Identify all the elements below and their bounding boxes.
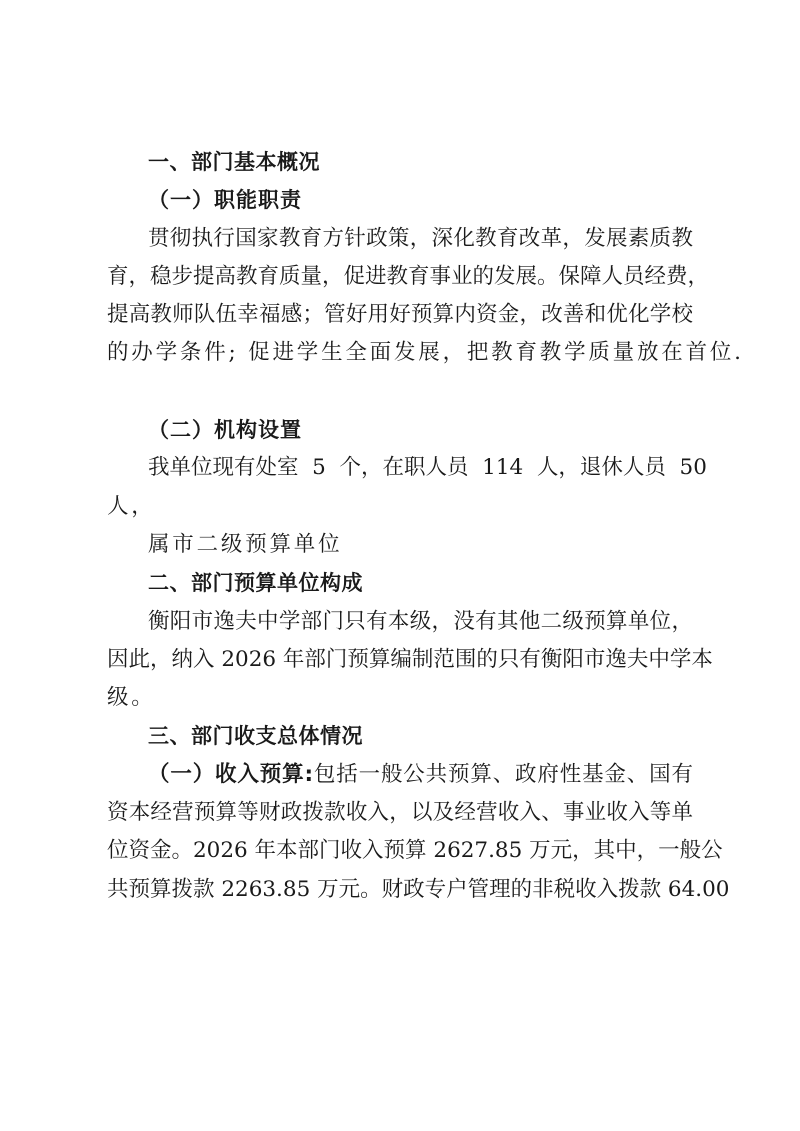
paragraph-line: 的办学条件; 促进学生全面发展，把教育教学质量放在首位.	[107, 334, 693, 372]
document-page: 一、部门基本概况 （一）职能职责 贯彻执行国家教育方针政策，深化教育改革，发展素…	[107, 143, 693, 909]
paragraph-line: 育，稳步提高教育质量，促进教育事业的发展。保障人员经费，	[107, 258, 693, 296]
paragraph-line: 因此，纳入 2026 年部门预算编制范围的只有衡阳市逸夫中学本	[107, 641, 693, 679]
section-heading-income-expenditure: 三、部门收支总体情况	[107, 717, 693, 755]
subsection-heading-organization: （二）机构设置	[107, 411, 693, 449]
paragraph-line: 属市二级预算单位	[107, 526, 693, 564]
income-budget-label: （一）收入预算:	[148, 762, 313, 787]
section-heading-basic-overview: 一、部门基本概况	[107, 143, 693, 181]
paragraph-line: 共预算拨款 2263.85 万元。财政专户管理的非税收入拨款 64.00	[107, 871, 693, 909]
paragraph-line-income: （一）收入预算:包括一般公共预算、政府性基金、国有	[107, 756, 693, 794]
section-heading-budget-units: 二、部门预算单位构成	[107, 564, 693, 602]
paragraph-line: 级。	[107, 679, 693, 717]
paragraph-line: 衡阳市逸夫中学部门只有本级，没有其他二级预算单位，	[107, 603, 693, 641]
paragraph-line: 贯彻执行国家教育方针政策，深化教育改革，发展素质教	[107, 220, 693, 258]
paragraph-line: 我单位现有处室 5 个，在职人员 114 人，退休人员 50	[107, 449, 693, 487]
paragraph-line: 人，	[107, 488, 693, 526]
blank-line	[107, 373, 693, 411]
paragraph-line: 提高教师队伍幸福感；管好用好预算内资金，改善和优化学校	[107, 296, 693, 334]
paragraph-line: 资本经营预算等财政拨款收入，以及经营收入、事业收入等单	[107, 794, 693, 832]
paragraph-line: 位资金。2026 年本部门收入预算 2627.85 万元，其中，一般公	[107, 832, 693, 870]
subsection-heading-functions: （一）职能职责	[107, 181, 693, 219]
paragraph-text: 包括一般公共预算、政府性基金、国有	[313, 762, 693, 787]
